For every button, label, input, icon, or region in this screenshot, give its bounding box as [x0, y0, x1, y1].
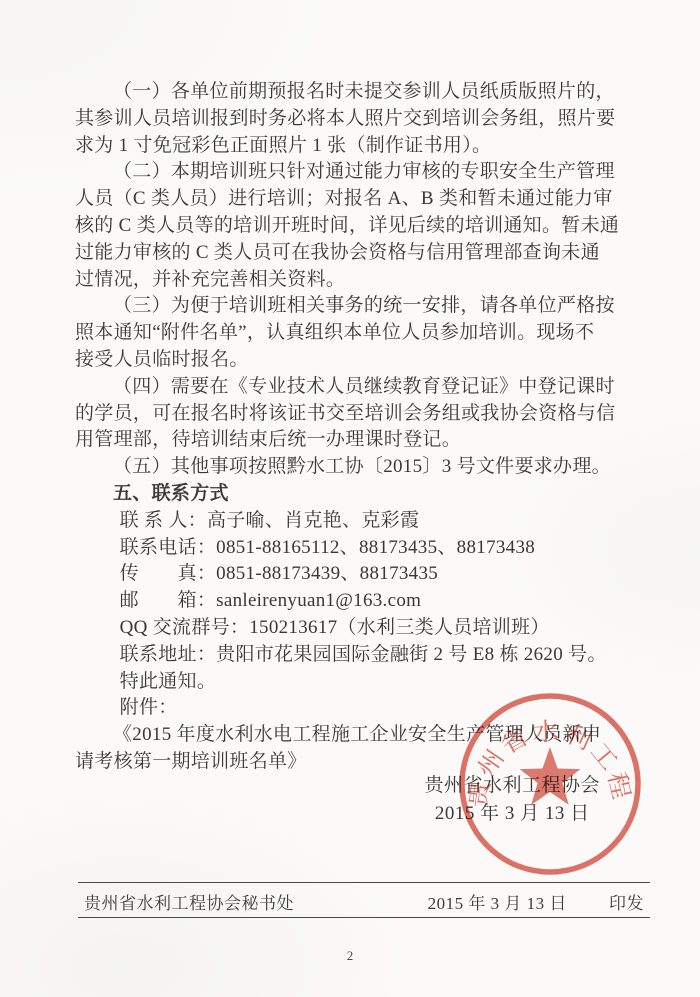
contact-qq-line: QQ 交流群号：150213617（水利三类人员培训班）	[75, 615, 641, 642]
footer-imprint: 贵州省水利工程协会秘书处 2015 年 3 月 13 日 印发	[84, 889, 644, 914]
footer-divider-bottom	[78, 917, 650, 918]
signature-org: 贵州省水利工程协会	[424, 772, 600, 800]
document-page: （一）各单位前期预报名时未提交参训人员纸质版照片的， 其参训人员培训报到时务必将…	[0, 0, 700, 997]
closing-line: 特此通知。	[75, 669, 641, 696]
contact-address-line: 联系地址：贵阳市花果园国际金融街 2 号 E8 栋 2620 号。	[75, 642, 641, 669]
contact-person-line: 联 系 人：高子喻、肖克艳、克彩霞	[75, 508, 641, 535]
text-line: 核的 C 类人员等的培训开班时间，详见后续的培训通知。暂未通	[75, 213, 641, 240]
footer-action: 印发	[609, 889, 644, 914]
footer-divider-top	[78, 882, 650, 883]
text-line: 过情况，并补充完善相关资料。	[75, 267, 641, 294]
text-line: 的学员，可在报名时将该证书交至培训会务组或我协会资格与信	[75, 401, 641, 428]
footer-issuer: 贵州省水利工程协会秘书处	[84, 889, 294, 914]
contact-phone-line: 联系电话：0851-88165112、88173435、88173438	[75, 535, 641, 562]
contact-fax-line: 传 真：0851-88173439、88173435	[75, 561, 641, 588]
text-line: 人员（C 类人员）进行培训；对报名 A、B 类和暂未通过能力审	[75, 186, 641, 213]
section-heading-contact: 五、联系方式	[75, 481, 641, 508]
attachment-title-line: 《2015 年度水利水电工程施工企业安全生产管理人员新申	[75, 722, 641, 749]
text-line: （一）各单位前期预报名时未提交参训人员纸质版照片的，	[75, 79, 641, 106]
text-line: （二）本期培训班只针对通过能力审核的专职安全生产管理	[75, 159, 641, 186]
contact-email-line: 邮 箱：sanleirenyuan1@163.com	[75, 588, 641, 615]
text-line: 用管理部，待培训结束后统一办理课时登记。	[75, 427, 641, 454]
text-line: （四）需要在《专业技术人员继续教育登记证》中登记课时	[75, 374, 641, 401]
footer-date: 2015 年 3 月 13 日	[428, 889, 567, 914]
footer-date-group: 2015 年 3 月 13 日 印发	[428, 889, 644, 914]
text-line: 过能力审核的 C 类人员可在我协会资格与信用管理部查询未通	[75, 240, 641, 267]
text-line: （五）其他事项按照黔水工协〔2015〕3 号文件要求办理。	[75, 454, 641, 481]
text-line: 其参训人员培训报到时务必将本人照片交到培训会务组，照片要	[75, 106, 641, 133]
text-line: 接受人员临时报名。	[75, 347, 641, 374]
document-body: （一）各单位前期预报名时未提交参训人员纸质版照片的， 其参训人员培训报到时务必将…	[75, 79, 641, 776]
signature-block: 贵州省水利工程协会 2015 年 3 月 13 日	[424, 772, 600, 827]
text-line: 照本通知“附件名单”，认真组织本单位人员参加培训。现场不	[75, 320, 641, 347]
page-number: 2	[0, 948, 700, 964]
text-line: 求为 1 寸免冠彩色正面照片 1 张（制作证书用）。	[75, 133, 641, 160]
attachment-label: 附件：	[75, 695, 641, 722]
text-line: （三）为便于培训班相关事务的统一安排，请各单位严格按	[75, 293, 641, 320]
signature-date: 2015 年 3 月 13 日	[424, 800, 600, 828]
